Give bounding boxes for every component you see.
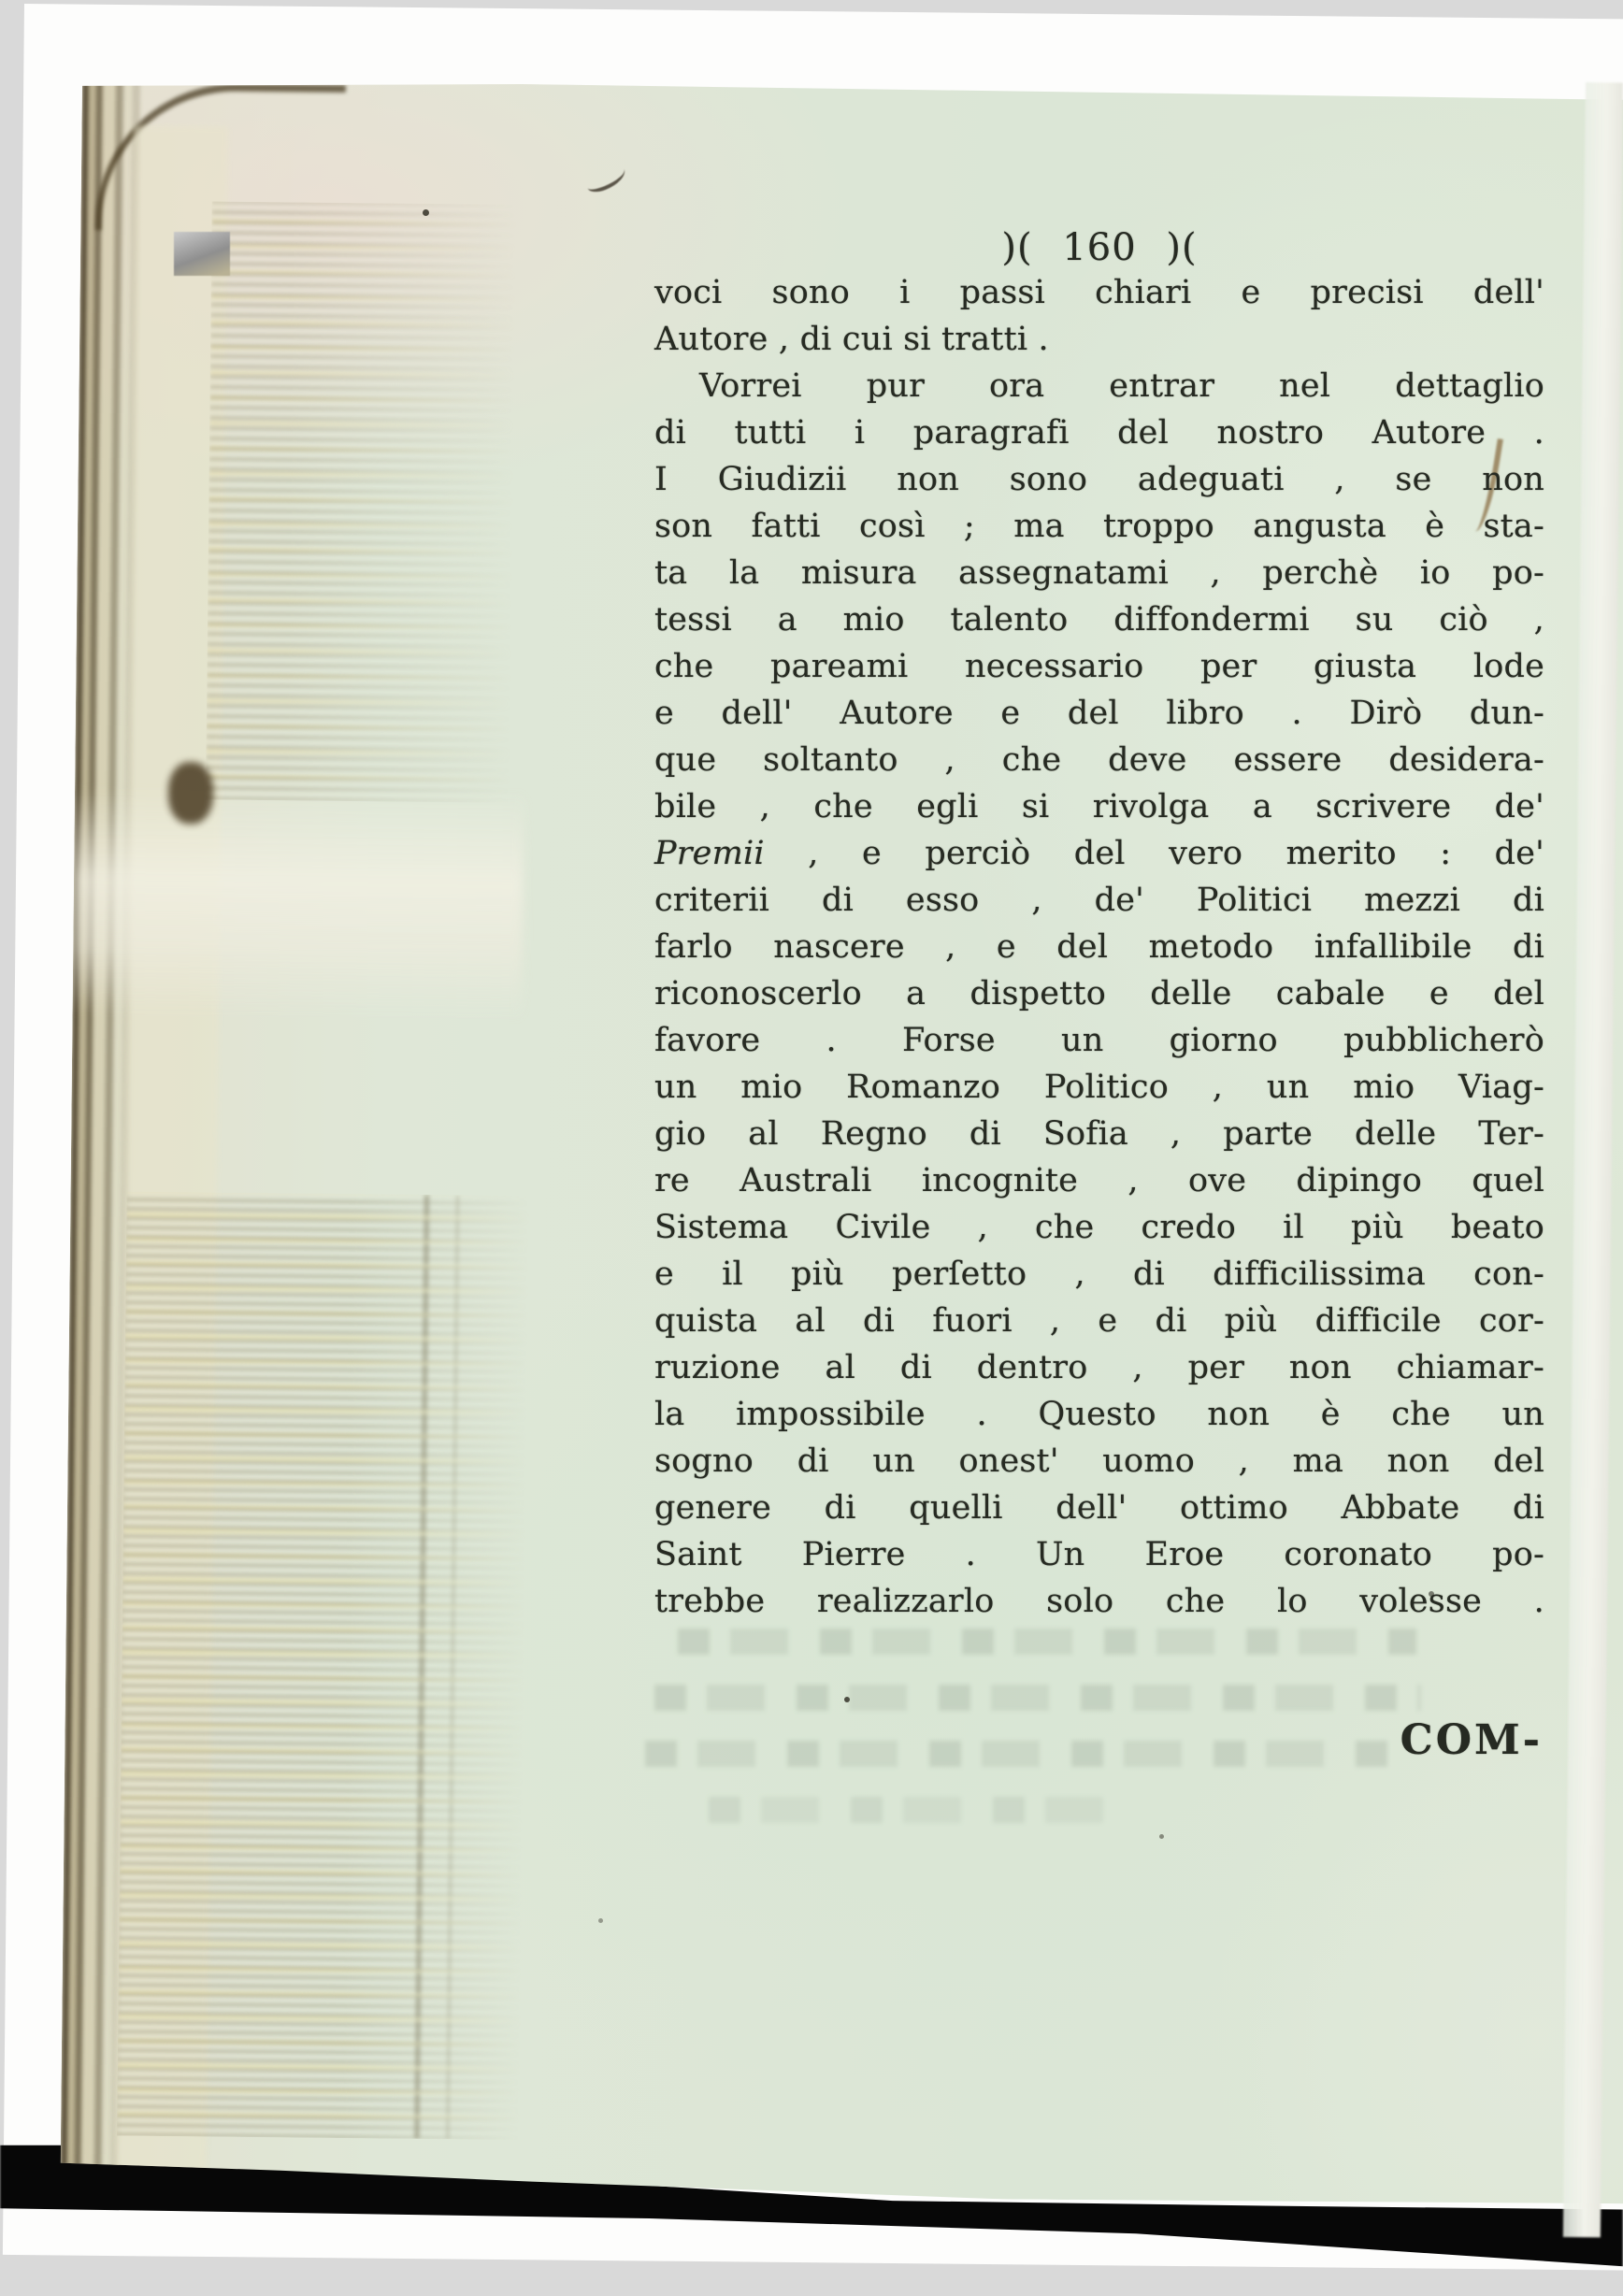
text-line: gio al Regno di Sofia , parte delle Ter-	[654, 1111, 1544, 1157]
text-line: ta la misura assegnatami , perchè io po-	[654, 550, 1544, 596]
text-line: Vorrei pur ora entrar nel dettaglio	[654, 363, 1544, 409]
text-line: genere di quelli dell' ottimo Abbate di	[654, 1485, 1544, 1531]
text-line: ruzione al di dentro , per non chiamar-	[654, 1344, 1544, 1391]
text-line: criterii di esso , de' Politici mezzi di	[654, 877, 1544, 924]
text-line: son fatti così ; ma troppo angusta è sta…	[654, 503, 1544, 550]
text-line: favore . Forse un giorno pubblicherò	[654, 1017, 1544, 1064]
text-line: trebbe realizzarlo solo che lo volesse .	[654, 1578, 1544, 1625]
text-line: e il più perſetto , di difficilissima co…	[654, 1251, 1544, 1298]
text-line: tessi a mio talento diffondermi su ciò ,	[654, 596, 1544, 643]
text-line: sogno di un onest' uomo , ma non del	[654, 1438, 1544, 1485]
text-line: riconoscerlo a dispetto delle cabale e d…	[654, 970, 1544, 1017]
text-line: voci sono i passi chiari e precisi dell'	[654, 269, 1544, 316]
text-line: la impossibile . Questo non è che un	[654, 1391, 1544, 1438]
text-line: che pareami necessario per giusta lode	[654, 643, 1544, 690]
text-line: un mio Romanzo Politico , un mio Viag-	[654, 1064, 1544, 1111]
text-line: e dell' Autore e del libro . Dirò dun-	[654, 690, 1544, 737]
text-line: Saint Pierre . Un Eroe coronato po-	[654, 1531, 1544, 1578]
text-line: que soltanto , che deve essere desidera-	[654, 737, 1544, 783]
text-line: quista al di fuori , e di più difficile …	[654, 1298, 1544, 1344]
text-line: Premii , e perciò del vero merito : de'	[654, 830, 1544, 877]
text-line: farlo nascere , e del metodo infallibile…	[654, 924, 1544, 970]
body-text-block: voci sono i passi chiari e precisi dell'…	[654, 269, 1544, 1625]
text-line: Autore , di cui si tratti .	[654, 316, 1544, 363]
catchword: COM-	[654, 1716, 1556, 1764]
text-line: I Giudizii non sono adeguati , se non	[654, 456, 1544, 503]
page-number-header: )( 160 )(	[654, 226, 1544, 269]
printed-text-layer: )( 160 )( voci sono i passi chiari e pre…	[0, 0, 1623, 2296]
text-line: Sistema Civile , che credo il più beato	[654, 1204, 1544, 1251]
text-line: bile , che egli si rivolga a scrivere de…	[654, 783, 1544, 830]
scanned-book-page: )( 160 )( voci sono i passi chiari e pre…	[0, 0, 1623, 2296]
text-line: re Australi incognite , ove dipingo quel	[654, 1157, 1544, 1204]
text-line: di tutti i paragrafi del nostro Autore .	[654, 409, 1544, 456]
